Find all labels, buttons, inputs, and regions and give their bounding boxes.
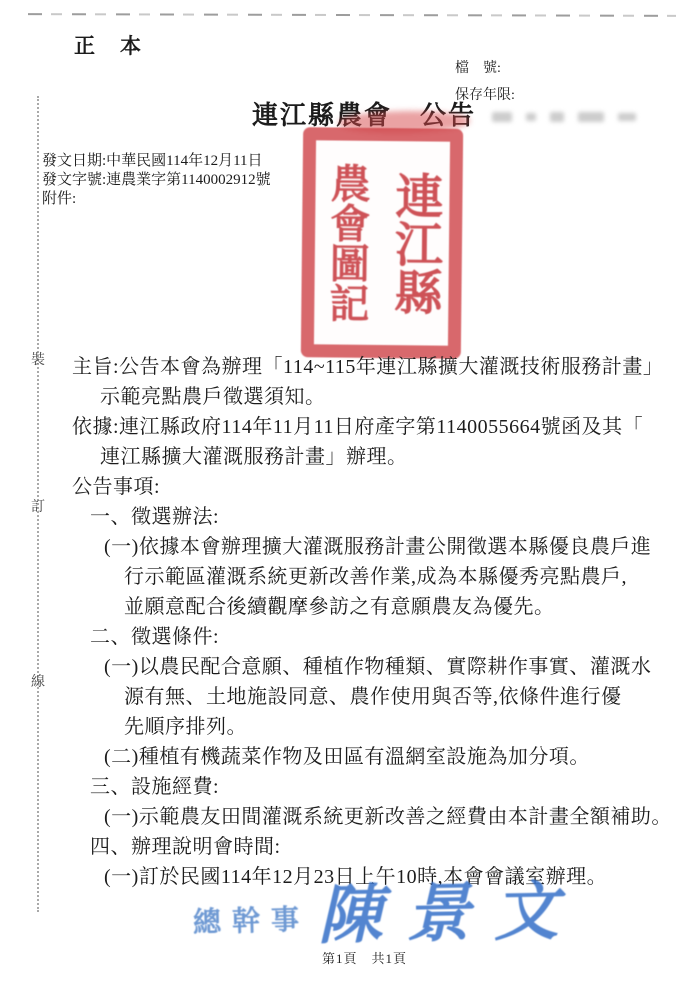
- signer-name-signature: 陳景文: [317, 860, 583, 957]
- body-line: (二)種植有機蔬菜作物及田區有溫網室設施為加分項。: [72, 742, 672, 772]
- body-line: (一)示範農友田間灌溉系統更新改善之經費由本計畫全額補助。: [72, 802, 672, 832]
- body-line: 三、設施經費:: [72, 772, 672, 802]
- issue-number: 發文字號:連農業字第1140002912號: [42, 171, 271, 190]
- body-line: 連江縣擴大灌溉服務計畫」辦理。: [72, 442, 672, 472]
- body-line: 主旨:公告本會為辦理「114~115年連江縣擴大灌溉技術服務計畫」: [72, 352, 672, 382]
- announcement-body: 主旨:公告本會為辦理「114~115年連江縣擴大灌溉技術服務計畫」 示範亮點農戶…: [72, 352, 672, 892]
- body-line: 一、徵選辦法:: [72, 502, 672, 532]
- binding-mark-zhuang: 裝: [28, 349, 48, 369]
- body-line: 依據:連江縣政府114年11月11日府產字第1140055664號函及其「: [72, 412, 672, 442]
- issue-date: 發文日期:中華民國114年12月11日: [42, 152, 271, 171]
- official-announcement-page: 正 本 檔 號: 保存年限: 連江縣農會 公告 發文日期:中華民國114年12月…: [0, 0, 700, 990]
- body-line: 源有無、土地施設同意、農作使用與否等,依條件進行優: [72, 682, 672, 712]
- copy-type-label: 正 本: [74, 30, 143, 60]
- attachment-label: 附件:: [42, 190, 271, 209]
- body-line: 二、徵選條件:: [72, 622, 672, 652]
- ghost-print-marks: [492, 110, 652, 124]
- file-number-label: 檔 號:: [455, 57, 501, 77]
- seal-left-column-text: 農會圖記: [325, 140, 367, 344]
- document-meta: 發文日期:中華民國114年12月11日 發文字號:連農業字第1140002912…: [42, 152, 271, 209]
- body-line: 示範亮點農戶徵選須知。: [72, 382, 672, 412]
- body-line: 行示範區灌溉系統更新改善作業,成為本縣優秀亮點農戶,: [72, 562, 672, 592]
- seal-right-column-text: 連江縣: [388, 141, 438, 345]
- binding-mark-xian: 線: [28, 671, 48, 691]
- body-line: (一)依據本會辦理擴大灌溉服務計畫公開徵選本縣優良農戶進: [72, 532, 672, 562]
- body-line: 並願意配合後續觀摩參訪之有意願農友為優先。: [72, 592, 672, 622]
- official-red-seal: 農會圖記 連江縣: [301, 127, 463, 359]
- scan-artifact-line: [28, 13, 676, 17]
- binding-mark-ding: 訂: [28, 496, 48, 516]
- body-line: 先順序排列。: [72, 712, 672, 742]
- page-number-footer: 第1頁 共1頁: [322, 948, 407, 967]
- body-line: (一)以農民配合意願、種植作物種類、實際耕作事實、灌溉水: [72, 652, 672, 682]
- body-line: 四、辦理說明會時間:: [72, 832, 672, 862]
- body-line: 公告事項:: [72, 472, 672, 502]
- signer-title-stamp: 總幹事: [192, 897, 310, 940]
